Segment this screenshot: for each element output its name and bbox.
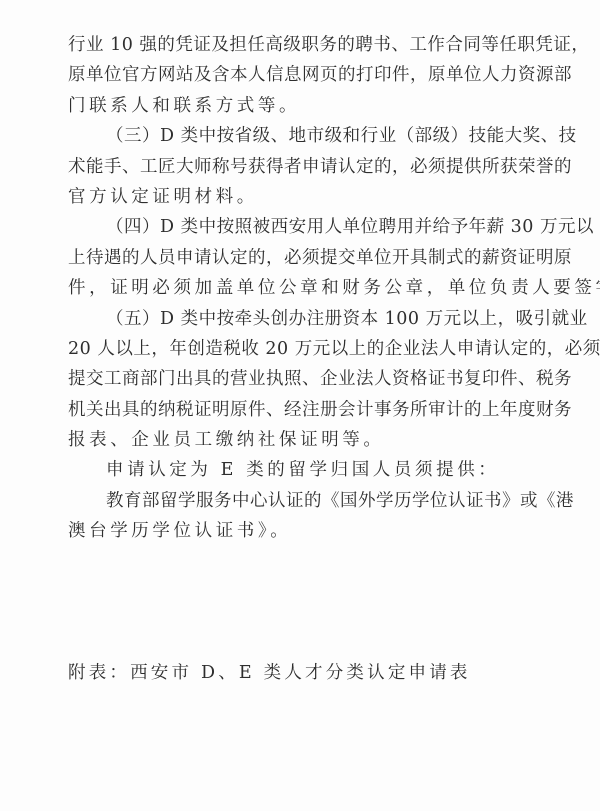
paragraph-item-3: （三）D 类中按省级、地市级和行业（部级）技能大奖、技 术能手、工匠大师称号获得… <box>68 121 532 212</box>
text-line: 机关出具的纳税证明原件、经注册会计事务所审计的上年度财务 <box>68 395 532 425</box>
text-line: 申请认定为 E 类的留学归国人员须提供： <box>68 455 532 485</box>
text-line: 澳台学历学位认证书》。 <box>68 516 532 546</box>
text-line: 提交工商部门出具的营业执照、企业法人资格证书复印件、税务 <box>68 364 532 394</box>
text-line: （三）D 类中按省级、地市级和行业（部级）技能大奖、技 <box>68 121 532 151</box>
document-body: 行业 10 强的凭证及担任高级职务的聘书、工作合同等任职凭证， 原单位官方网站及… <box>68 30 532 547</box>
paragraph-e-class-docs: 教育部留学服务中心认证的《国外学历学位认证书》或《港 澳台学历学位认证书》。 <box>68 486 532 547</box>
paragraph-continuation: 行业 10 强的凭证及担任高级职务的聘书、工作合同等任职凭证， 原单位官方网站及… <box>68 30 532 121</box>
text-line: 官方认定证明材料。 <box>68 182 532 212</box>
paragraph-e-class-intro: 申请认定为 E 类的留学归国人员须提供： <box>68 455 532 485</box>
text-line: （四）D 类中按照被西安用人单位聘用并给予年薪 30 万元以 <box>68 212 532 242</box>
text-line: 原单位官方网站及含本人信息网页的打印件，原单位人力资源部 <box>68 60 532 90</box>
text-line: （五）D 类中按牵头创办注册资本 100 万元以上，吸引就业 <box>68 304 532 334</box>
document-page: 行业 10 强的凭证及担任高级职务的聘书、工作合同等任职凭证， 原单位官方网站及… <box>0 0 600 811</box>
text-line: 20 人以上，年创造税收 20 万元以上的企业法人申请认定的，必须 <box>68 334 532 364</box>
appendix-note: 附表：西安市 D、E 类人才分类认定申请表 <box>68 658 471 688</box>
text-line: 报表、企业员工缴纳社保证明等。 <box>68 425 532 455</box>
text-line: 上待遇的人员申请认定的，必须提交单位开具制式的薪资证明原 <box>68 243 532 273</box>
text-line: 教育部留学服务中心认证的《国外学历学位认证书》或《港 <box>68 486 532 516</box>
paragraph-item-4: （四）D 类中按照被西安用人单位聘用并给予年薪 30 万元以 上待遇的人员申请认… <box>68 212 532 303</box>
text-line: 行业 10 强的凭证及担任高级职务的聘书、工作合同等任职凭证， <box>68 30 532 60</box>
text-line: 门联系人和联系方式等。 <box>68 91 532 121</box>
paragraph-item-5: （五）D 类中按牵头创办注册资本 100 万元以上，吸引就业 20 人以上，年创… <box>68 304 532 456</box>
text-line: 术能手、工匠大师称号获得者申请认定的，必须提供所获荣誉的 <box>68 152 532 182</box>
text-line: 件，证明必须加盖单位公章和财务公章，单位负责人要签字。 <box>68 273 532 303</box>
